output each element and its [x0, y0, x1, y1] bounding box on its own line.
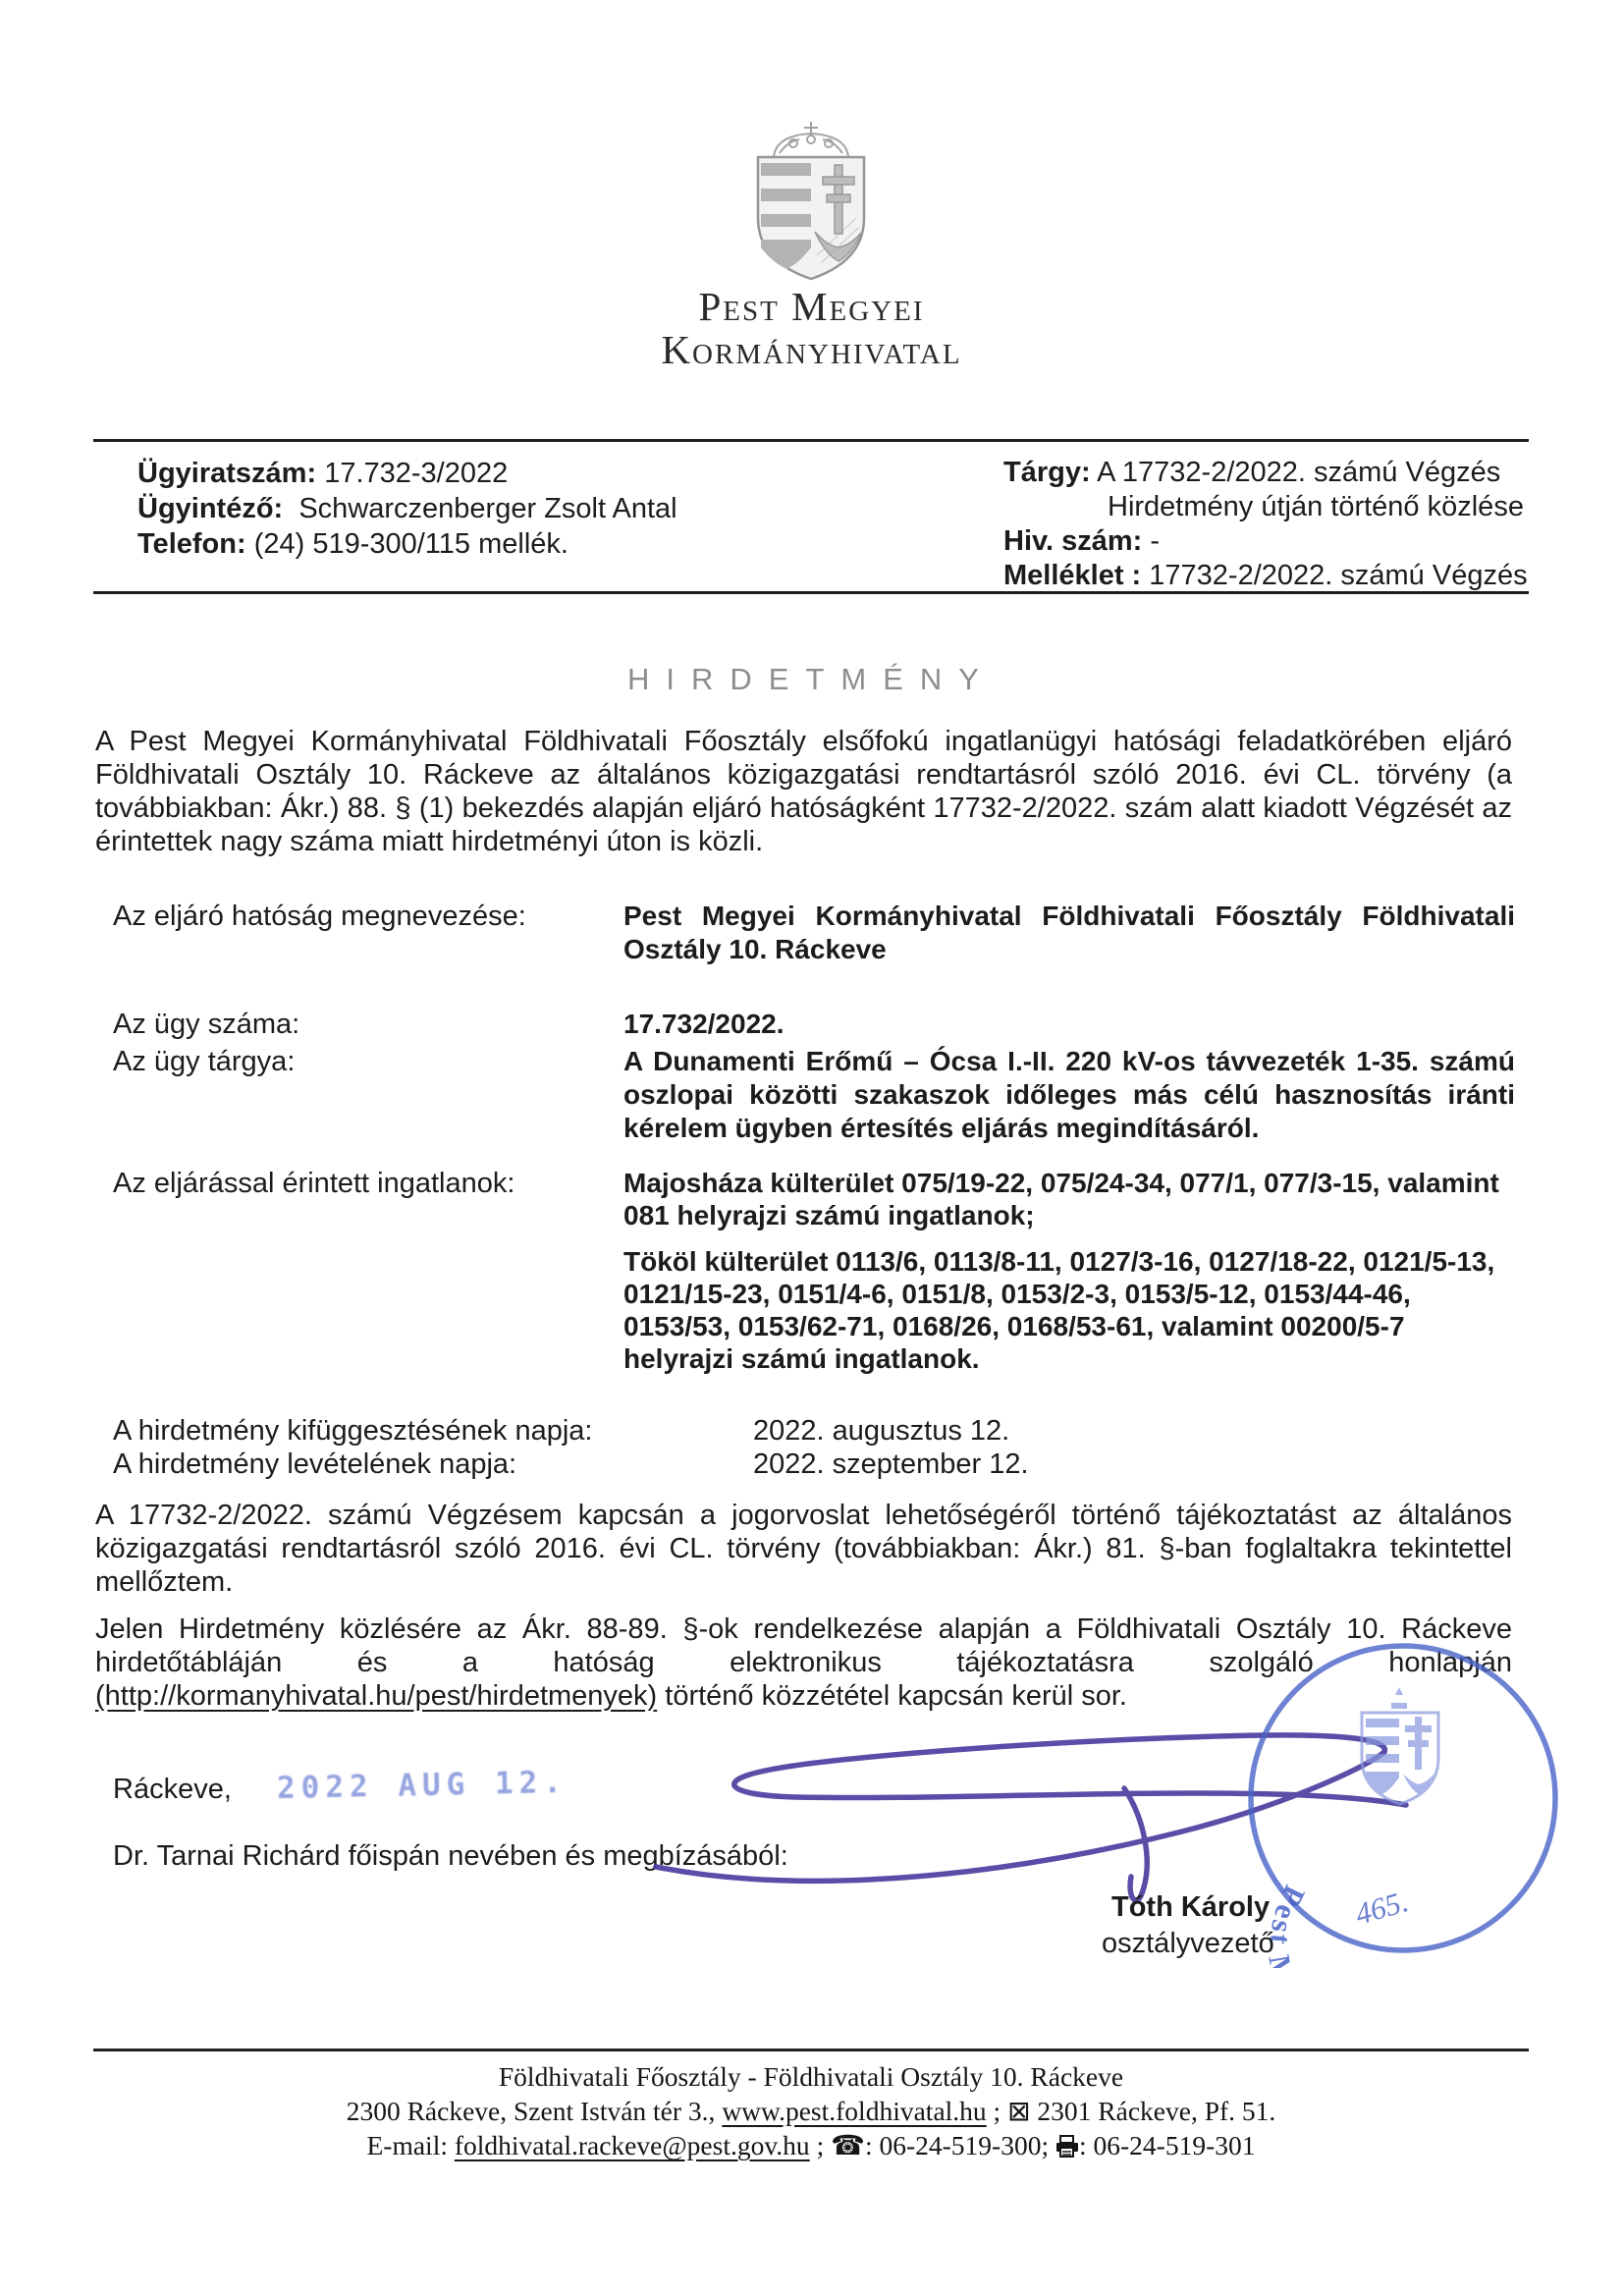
- meta-row-reference: Hiv. szám: -: [1003, 524, 1529, 559]
- official-round-stamp: Pest Megyei Kormányhivatal 465.: [1233, 1628, 1573, 1968]
- meta-label: Tárgy:: [1003, 457, 1091, 488]
- scanned-official-notice-page: Pest Megyei Kormányhivatal Ügyiratszám: …: [0, 0, 1623, 2296]
- fax-icon: [1055, 2132, 1079, 2166]
- phone-icon: ☎: [831, 2129, 865, 2161]
- footer-address-line: 2300 Ráckeve, Szent István tér 3., www.p…: [93, 2094, 1529, 2128]
- detail-row-properties-tokol: Tököl külterület 0113/6, 0113/8-11, 0127…: [93, 1245, 1529, 1375]
- footer-website-link: www.pest.foldhivatal.hu: [722, 2096, 986, 2126]
- meta-value: 17732-2/2022. számú Végzés: [1149, 560, 1527, 591]
- detail-value: 17.732/2022.: [623, 1008, 1515, 1041]
- case-meta-left: Ügyiratszám: 17.732-3/2022 Ügyintéző: Sc…: [137, 456, 746, 562]
- meta-row-subject: Tárgy: A 17732-2/2022. számú Végzés: [1003, 456, 1529, 490]
- footer-contact-line: E-mail: foldhivatal.rackeve@pest.gov.hu …: [93, 2128, 1529, 2166]
- meta-value: (24) 519-300/115 mellék.: [254, 528, 568, 560]
- stamp-coat-of-arms-icon: [1362, 1687, 1438, 1804]
- footer-email-label: E-mail:: [367, 2130, 455, 2160]
- detail-label: Az eljáró hatóság megnevezése:: [93, 900, 623, 933]
- detail-value: 2022. szeptember 12.: [623, 1448, 1529, 1481]
- signer-name: Tóth Károly: [1111, 1891, 1270, 1924]
- org-name-line1: Pest Megyei: [0, 283, 1623, 330]
- meta-row-clerk: Ügyintéző: Schwarczenberger Zsolt Antal: [137, 491, 746, 526]
- document-title: HIRDETMÉNY: [0, 662, 1623, 697]
- intro-paragraph: A Pest Megyei Kormányhivatal Földhivatal…: [95, 725, 1512, 858]
- publication-url-link: (http://kormanyhivatal.hu/pest/hirdetmen…: [95, 1680, 657, 1712]
- detail-label: Az ügy száma:: [93, 1008, 623, 1041]
- footer-separator: ;: [987, 2096, 1007, 2126]
- detail-label: A hirdetmény kifüggesztésének napja:: [93, 1414, 623, 1448]
- detail-value: 2022. augusztus 12.: [623, 1414, 1529, 1448]
- detail-row-removal-date: A hirdetmény levételének napja: 2022. sz…: [93, 1448, 1529, 1481]
- detail-value: Majosháza külterület 075/19-22, 075/24-3…: [623, 1167, 1515, 1231]
- meta-row-file-number: Ügyiratszám: 17.732-3/2022: [137, 456, 746, 491]
- signer-title: osztályvezető: [1102, 1928, 1274, 1960]
- org-name-line2: Kormányhivatal: [0, 326, 1623, 373]
- stamp-number: 465.: [1351, 1884, 1412, 1932]
- meta-label: Ügyiratszám:: [137, 458, 316, 489]
- footer-office-line: Földhivatali Főosztály - Földhivatali Os…: [93, 2059, 1529, 2094]
- meta-subject-line2: Hirdetmény útján történő közlése: [1003, 490, 1529, 524]
- meta-value: Schwarczenberger Zsolt Antal: [298, 493, 676, 524]
- footer-po-box: 2301 Ráckeve, Pf. 51.: [1031, 2096, 1276, 2126]
- detail-value: Tököl külterület 0113/6, 0113/8-11, 0127…: [623, 1245, 1515, 1375]
- detail-value: A Dunamenti Erőmű – Ócsa I.-II. 220 kV-o…: [623, 1045, 1515, 1145]
- meta-value: 17.732-3/2022: [324, 458, 508, 489]
- meta-value: -: [1150, 525, 1160, 557]
- meta-row-phone: Telefon: (24) 519-300/115 mellék.: [137, 526, 746, 562]
- detail-row-subject: Az ügy tárgya: A Dunamenti Erőmű – Ócsa …: [93, 1045, 1529, 1145]
- meta-row-attachment: Melléklet : 17732-2/2022. számú Végzés: [1003, 559, 1529, 593]
- detail-row-properties-majoshaza: Az eljárással érintett ingatlanok: Majos…: [93, 1167, 1529, 1231]
- envelope-icon: ⊠: [1007, 2095, 1030, 2127]
- detail-label: A hirdetmény levételének napja:: [93, 1448, 623, 1481]
- detail-row-posting-date: A hirdetmény kifüggesztésének napja: 202…: [93, 1414, 1529, 1448]
- detail-row-case-number: Az ügy száma: 17.732/2022.: [93, 1008, 1529, 1041]
- ink-date-stamp: 2022 AUG 12.: [277, 1765, 568, 1806]
- meta-label: Melléklet :: [1003, 560, 1141, 591]
- case-meta-block: Ügyiratszám: 17.732-3/2022 Ügyintéző: Sc…: [93, 439, 1529, 594]
- detail-label: Az ügy tárgya:: [93, 1045, 623, 1078]
- meta-label: Hiv. szám:: [1003, 525, 1142, 557]
- footer-address: 2300 Ráckeve, Szent István tér 3.,: [347, 2096, 723, 2126]
- detail-label: Az eljárással érintett ingatlanok:: [93, 1167, 623, 1200]
- case-meta-right: Tárgy: A 17732-2/2022. számú Végzés Hird…: [1003, 456, 1529, 593]
- footer-block: Földhivatali Főosztály - Földhivatali Os…: [93, 2049, 1529, 2166]
- meta-label: Ügyintéző:: [137, 493, 283, 524]
- footer-phone: : 06-24-519-300;: [865, 2130, 1055, 2160]
- place-line: Ráckeve,: [113, 1774, 232, 1806]
- hungarian-coat-of-arms-icon: [736, 120, 886, 285]
- footer-fax: : 06-24-519-301: [1079, 2130, 1256, 2160]
- meta-value: A 17732-2/2022. számú Végzés: [1097, 457, 1500, 488]
- footer-separator: ;: [810, 2130, 831, 2160]
- legal-paragraph: A 17732-2/2022. számú Végzésem kapcsán a…: [95, 1499, 1512, 1599]
- detail-value: Pest Megyei Kormányhivatal Földhivatali …: [623, 900, 1515, 966]
- footer-email-link: foldhivatal.rackeve@pest.gov.hu: [455, 2130, 810, 2160]
- meta-label: Telefon:: [137, 528, 246, 560]
- detail-row-authority: Az eljáró hatóság megnevezése: Pest Megy…: [93, 900, 1529, 966]
